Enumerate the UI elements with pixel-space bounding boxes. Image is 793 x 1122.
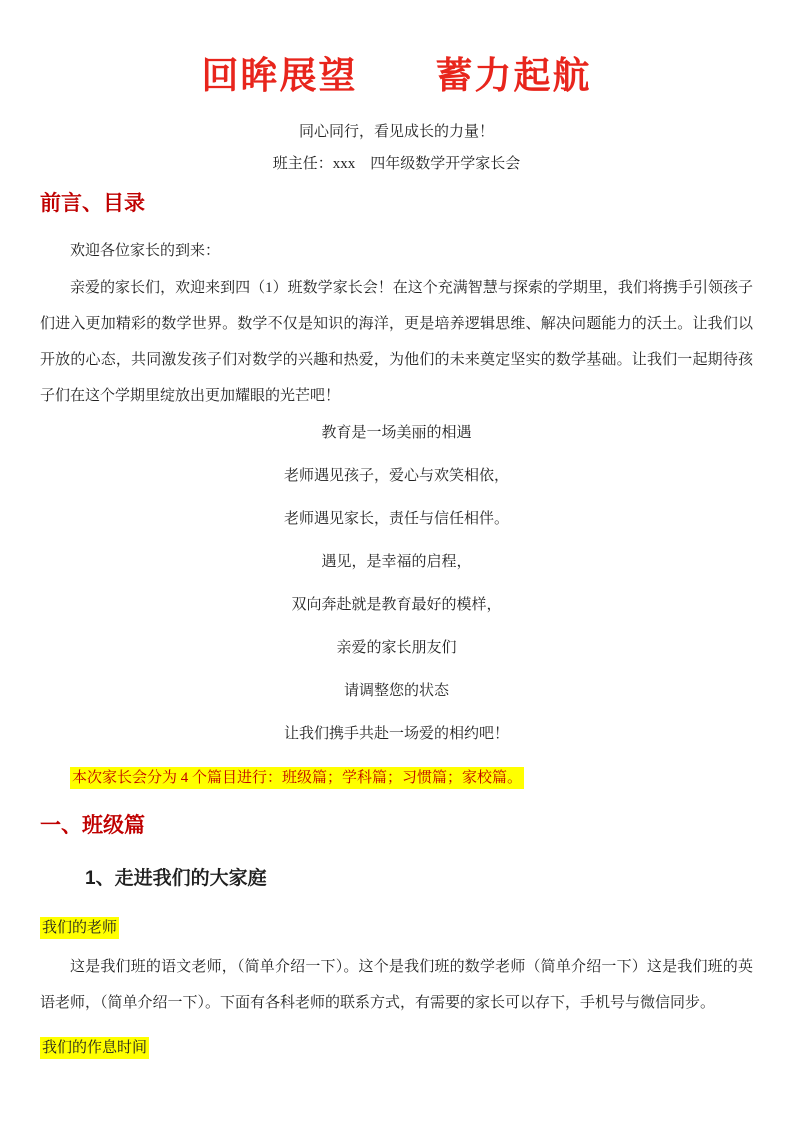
section-1-subheading: 1、走进我们的大家庭	[85, 867, 753, 891]
poem-line: 让我们携手共赴一场爱的相约吧！	[40, 724, 753, 744]
document-byline: 班主任：xxx 四年级数学开学家长会	[40, 155, 753, 173]
schedule-label-highlight: 我们的作息时间	[40, 1037, 149, 1059]
poem-line: 老师遇见孩子，爱心与欢笑相依，	[40, 466, 753, 486]
poem-line: 遇见，是幸福的启程，	[40, 552, 753, 572]
greeting-line: 欢迎各位家长的到来：	[40, 241, 753, 261]
document-page: 回眸展望 蓄力起航 同心同行，看见成长的力量！ 班主任：xxx 四年级数学开学家…	[0, 0, 793, 1122]
poem-block: 教育是一场美丽的相遇 老师遇见孩子，爱心与欢笑相依， 老师遇见家长，责任与信任相…	[40, 423, 753, 744]
poem-line: 亲爱的家长朋友们	[40, 638, 753, 658]
teachers-paragraph: 这是我们班的语文老师，（简单介绍一下）。这个是我们班的数学老师（简单介绍一下）这…	[40, 949, 753, 1021]
poem-line: 老师遇见家长，责任与信任相伴。	[40, 509, 753, 529]
poem-line: 双向奔赴就是教育最好的模样，	[40, 595, 753, 615]
poem-line: 请调整您的状态	[40, 681, 753, 701]
section-1-heading: 一、班级篇	[40, 813, 753, 839]
preface-heading: 前言、目录	[40, 191, 753, 217]
intro-paragraph: 亲爱的家长们，欢迎来到四（1）班数学家长会！在这个充满智慧与探索的学期里，我们将…	[40, 270, 753, 414]
agenda-highlight: 本次家长会分为 4 个篇目进行：班级篇；学科篇；习惯篇；家校篇。	[70, 767, 524, 789]
document-title: 回眸展望 蓄力起航	[40, 55, 753, 99]
teachers-label-line: 我们的老师	[40, 917, 753, 939]
poem-line: 教育是一场美丽的相遇	[40, 423, 753, 443]
teachers-label-highlight: 我们的老师	[40, 917, 119, 939]
document-subtitle: 同心同行，看见成长的力量！	[40, 123, 753, 141]
schedule-label-line: 我们的作息时间	[40, 1037, 753, 1059]
agenda-line: 本次家长会分为 4 个篇目进行：班级篇；学科篇；习惯篇；家校篇。	[40, 767, 753, 789]
